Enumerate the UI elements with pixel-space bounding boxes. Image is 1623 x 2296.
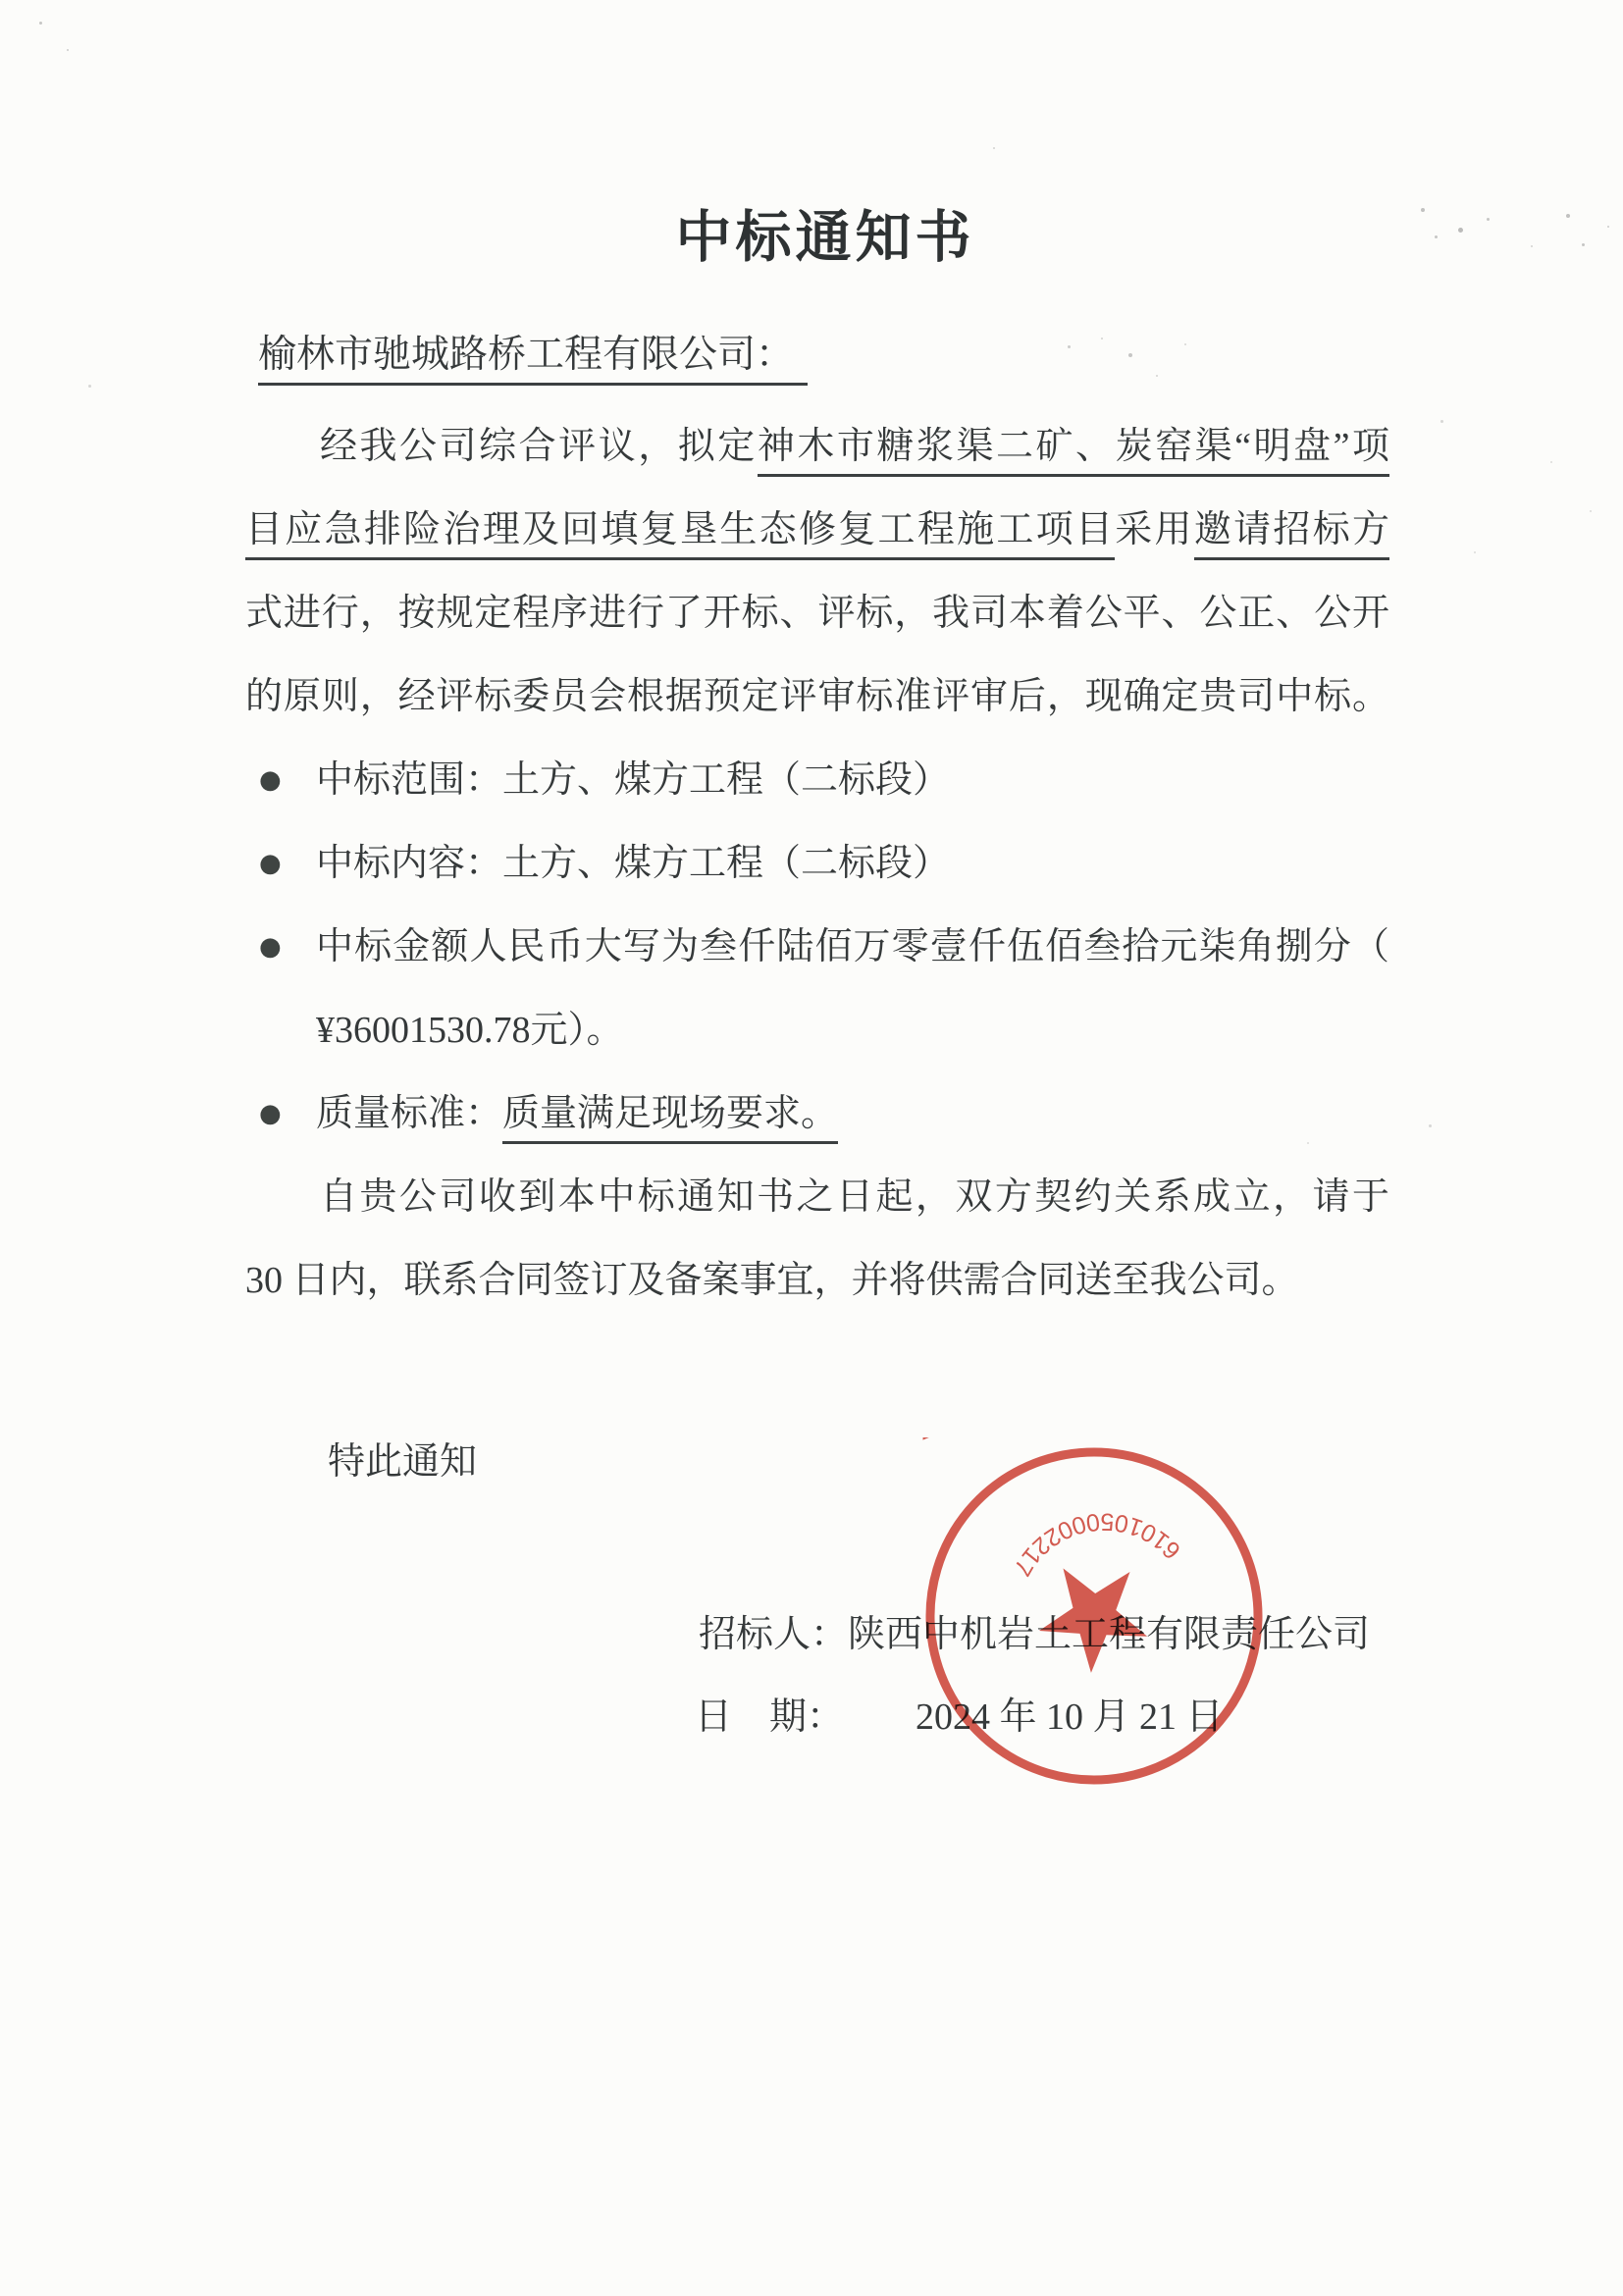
notice-text: 特此通知 <box>328 1428 477 1496</box>
document-title: 中标通知书 <box>676 192 975 273</box>
bullet-scope: ● 中标范围：土方、煤方工程（二标段） <box>245 739 1389 822</box>
scan-speckle <box>1440 420 1443 423</box>
scan-speckle <box>1184 343 1186 345</box>
bullet-quality-text: 质量标准：质量满足现场要求。 <box>316 1072 1389 1156</box>
p1-l2-plain: 采用 <box>1115 509 1194 550</box>
scan-speckle <box>1590 510 1592 512</box>
svg-text:6101050002217: 6101050002217 <box>1002 1500 1188 1585</box>
scan-speckle <box>1429 1124 1432 1127</box>
date-label: 日 期： <box>695 1688 844 1747</box>
bullet-quality-value: 质量满足现场要求。 <box>502 1093 838 1144</box>
p1-l1-underlined-project-name: 神木市糖浆渠二矿、炭窑渠“明盘”项 <box>758 426 1389 477</box>
issuer-label: 招标人： <box>699 1614 848 1655</box>
scan-speckle <box>1531 245 1533 247</box>
scan-speckle <box>1101 338 1103 339</box>
scan-speckle <box>39 22 42 25</box>
recipient-name: 榆林市驰城路桥工程有限公司： <box>258 334 808 386</box>
paragraph1-line1: 经我公司综合评议，拟定神木市糖浆渠二矿、炭窑渠“明盘”项 <box>245 405 1389 489</box>
bullet-content: ● 中标内容：土方、煤方工程（二标段） <box>245 822 1389 906</box>
bullet-marker-icon: ● <box>245 906 316 1072</box>
bullet-amount: ● 中标金额人民币大写为叁仟陆佰万零壹仟伍佰叁拾元柒角捌分（ ¥36001530… <box>245 906 1389 1072</box>
bullet-scope-text: 中标范围：土方、煤方工程（二标段） <box>316 739 1389 822</box>
company-seal-stamp: 陕西中机岩土工程有限责任公司 6101050002217 <box>916 1437 1273 1795</box>
paragraph1-line2: 目应急排险治理及回填复垦生态修复工程施工项目采用邀请招标方 <box>245 489 1389 572</box>
seal-company-name: 陕西中机岩土工程有限责任公司 <box>916 1437 1222 1444</box>
bullet-amount-text: 中标金额人民币大写为叁仟陆佰万零壹仟伍佰叁拾元柒角捌分（ ¥36001530.7… <box>316 906 1389 1072</box>
bullet-marker-icon: ● <box>245 822 316 906</box>
bullet-marker-icon: ● <box>245 739 316 822</box>
scan-speckle <box>993 147 995 149</box>
seal-star-icon <box>1034 1561 1150 1677</box>
paragraph1-line3: 式进行，按规定程序进行了开标、评标，我司本着公平、公正、公开 <box>245 572 1389 655</box>
recipient-line: 榆林市驰城路桥工程有限公司： <box>258 324 808 379</box>
scan-speckle <box>1487 218 1490 221</box>
bullet-content-text: 中标内容：土方、煤方工程（二标段） <box>316 822 1389 906</box>
p1-l2-underlined-project-name: 目应急排险治理及回填复垦生态修复工程施工项目 <box>245 509 1115 560</box>
bullet-amount-line2: ¥36001530.78元）。 <box>316 989 1389 1072</box>
svg-text:陕西中机岩土工程有限责任公司: 陕西中机岩土工程有限责任公司 <box>916 1437 1222 1444</box>
scan-speckle <box>1435 235 1438 238</box>
scan-speckle <box>1607 226 1609 228</box>
scanned-document-page: 中标通知书 榆林市驰城路桥工程有限公司： 经我公司综合评议，拟定神木市糖浆渠二矿… <box>0 0 1623 2296</box>
bullet-quality: ● 质量标准：质量满足现场要求。 <box>245 1072 1389 1156</box>
scan-speckle <box>1582 243 1585 246</box>
closing-line2: 30 日内，联系合同签订及备案事宜，并将供需合同送至我公司。 <box>245 1239 1389 1323</box>
bullet-amount-line1: 中标金额人民币大写为叁仟陆佰万零壹仟伍佰叁拾元柒角捌分（ <box>316 906 1389 989</box>
scan-speckle <box>1474 551 1476 553</box>
p1-l1-plain: 经我公司综合评议，拟定 <box>320 426 758 467</box>
bullet-marker-icon: ● <box>245 1072 316 1156</box>
paragraph1-line4: 的原则，经评标委员会根据预定评审标准评审后，现确定贵司中标。 <box>245 655 1389 739</box>
seal-serial-number: 6101050002217 <box>1002 1500 1188 1585</box>
scan-speckle <box>1421 208 1425 212</box>
scan-speckle <box>1566 214 1570 218</box>
bullet-quality-label: 质量标准： <box>316 1093 502 1134</box>
scan-speckle <box>88 385 91 388</box>
scan-speckle <box>1068 345 1071 348</box>
scan-speckle <box>940 222 943 225</box>
scan-speckle <box>1550 461 1552 463</box>
scan-speckle <box>67 49 69 51</box>
scan-speckle <box>1458 228 1463 233</box>
document-body: 经我公司综合评议，拟定神木市糖浆渠二矿、炭窑渠“明盘”项 目应急排险治理及回填复… <box>245 405 1389 1323</box>
scan-speckle <box>1128 353 1132 357</box>
closing-line1: 自贵公司收到本中标通知书之日起，双方契约关系成立，请于 <box>245 1156 1389 1239</box>
p1-l2-underlined-bid-method: 邀请招标方 <box>1194 509 1389 560</box>
scan-speckle <box>1307 1142 1309 1144</box>
scan-speckle <box>1156 375 1158 377</box>
